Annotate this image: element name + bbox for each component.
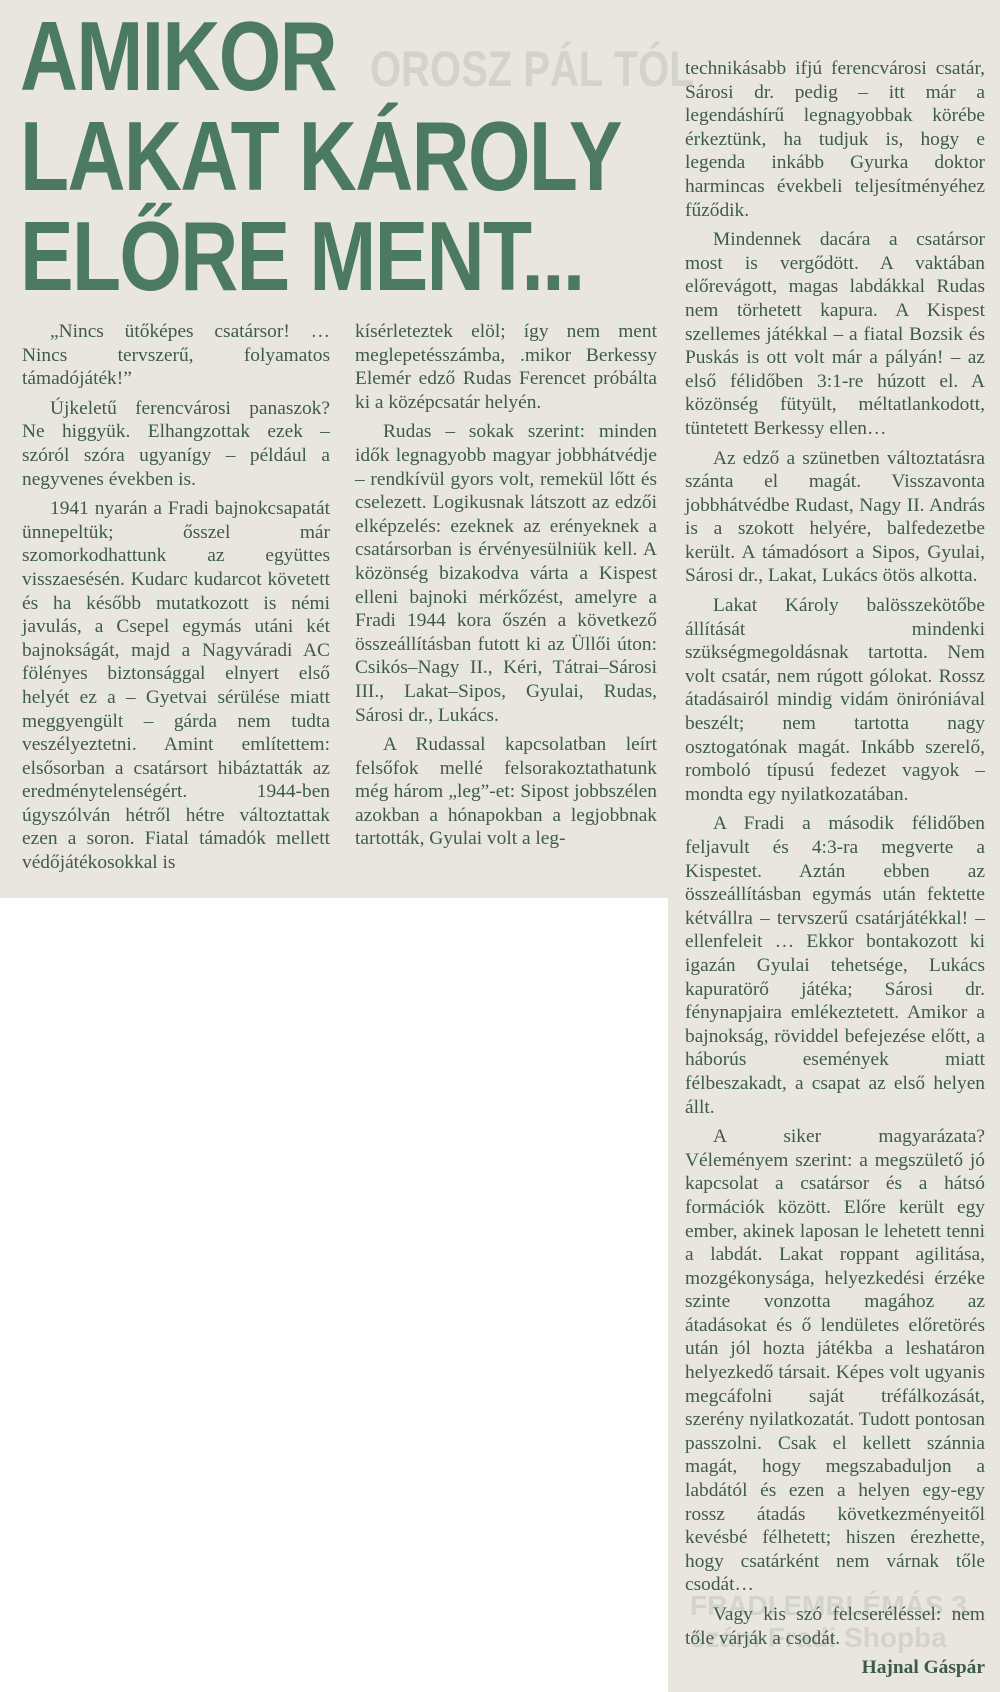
article-column-left: „Nincs ütőképes csatársor! … Nincs tervs… (22, 320, 330, 881)
article-column-middle: kísérleteztek elöl; így nem ment meglepe… (355, 320, 657, 857)
paragraph: A siker magyarázata? Véleményem szerint:… (685, 1125, 985, 1597)
paragraph: kísérleteztek elöl; így nem ment meglepe… (355, 320, 657, 414)
paragraph: 1941 nyarán a Fradi bajnokcsapatát ünnep… (22, 497, 330, 875)
paragraph: Rudas – sokak szerint: minden idők legna… (355, 420, 657, 727)
article-column-right: technikásabb ifjú ferencvárosi csatár, S… (685, 57, 985, 1686)
author-byline: Hajnal Gáspár (685, 1656, 985, 1680)
paragraph: A Rudassal kapcsolatban leírt felsőfok m… (355, 733, 657, 851)
paragraph: A Fradi a második félidőben feljavult és… (685, 812, 985, 1119)
paragraph: Vagy kis szó felcseréléssel: nem tőle vá… (685, 1603, 985, 1650)
paragraph: Az edző a szünetben változtatásra szánta… (685, 447, 985, 589)
headline-line-3: ELŐRE MENT... (20, 206, 561, 306)
headline-line-1: AMIKOR (20, 6, 561, 106)
article-headline: AMIKOR LAKAT KÁROLY ELŐRE MENT... (20, 6, 561, 306)
paragraph: Újkeletű ferencvárosi panaszok? Ne higgy… (22, 397, 330, 491)
headline-line-2: LAKAT KÁROLY (20, 106, 561, 206)
paragraph: Lakat Károly balösszekötőbe állítását mi… (685, 594, 985, 806)
paragraph: Mindennek dacára a csatársor most is ver… (685, 228, 985, 440)
paragraph: technikásabb ifjú ferencvárosi csatár, S… (685, 57, 985, 222)
paragraph: „Nincs ütőképes csatársor! … Nincs tervs… (22, 320, 330, 391)
